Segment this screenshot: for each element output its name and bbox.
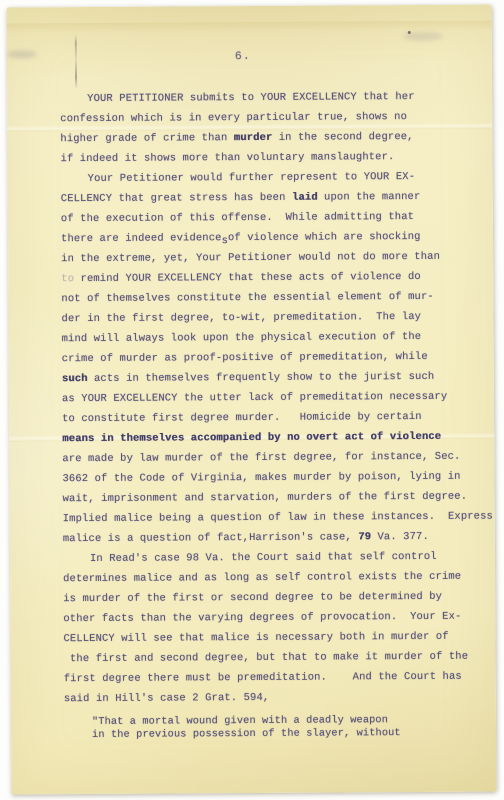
text-line: said in Hill's case 2 Grat. 594,: [64, 687, 476, 710]
text-segment: of the execution of this offense. While …: [61, 211, 414, 225]
text-line: means in themselves accompanied by no ov…: [62, 427, 474, 450]
text-segment: s: [222, 235, 228, 247]
text-segment: means in themselves accompanied by no ov…: [62, 431, 441, 445]
text-segment: 3662 of the Code of Virginia, makes murd…: [62, 471, 460, 485]
text-segment: as YOUR EXCELLENCY the utter lack of pre…: [62, 391, 447, 405]
text-line: Implied malice being a question of law i…: [63, 507, 475, 530]
text-line: confession which is in every particular …: [60, 107, 472, 130]
text-segment: such: [62, 373, 88, 385]
pencil-mark: [75, 35, 77, 89]
text-line: first degree there must be premeditation…: [64, 667, 476, 690]
text-line: crime of murder as proof-positive of pre…: [62, 347, 474, 370]
quote-line: in the previous possession of the slayer…: [64, 726, 476, 741]
text-line: if indeed it shows more than voluntary m…: [60, 147, 472, 170]
page-number: 6.: [235, 50, 251, 63]
text-line: there are indeed evidencesof violence wh…: [61, 227, 473, 250]
text-segment: not of themselves constitute the essenti…: [61, 291, 433, 305]
text-line: higher grade of crime than murder in the…: [60, 127, 472, 150]
text-segment: malice is a question of fact,Harrison's …: [63, 531, 358, 545]
text-segment: confession which is in every particular …: [60, 111, 407, 125]
text-segment: first degree there must be premeditation…: [64, 671, 462, 685]
text-segment: YOUR PETITIONER submits to YOUR EXCELLEN…: [87, 91, 415, 105]
text-line: of the execution of this offense. While …: [61, 207, 473, 230]
text-line: CELLENCY that great stress has been laid…: [61, 187, 473, 210]
ink-dot: [408, 31, 411, 34]
text-line: as YOUR EXCELLENCY the utter lack of pre…: [62, 387, 474, 410]
document-page: 6. YOUR PETITIONER submits to YOUR EXCEL…: [7, 5, 497, 795]
text-segment: crime of murder as proof-positive of pre…: [62, 351, 428, 365]
text-segment: in the previous possession of the slayer…: [92, 727, 401, 741]
text-segment: "That a mortal wound given with a deadly…: [92, 714, 388, 728]
text-segment: CELLENCY will see that malice is necessa…: [63, 631, 448, 645]
text-segment: In Read's case 98 Va. the Court said tha…: [90, 551, 437, 565]
text-line: mind will always look upon the physical …: [62, 327, 474, 350]
text-line: are made by law murder of the first degr…: [62, 447, 474, 470]
text-segment: wait, imprisonment and starvation, murde…: [63, 491, 468, 505]
text-line: to remind YOUR EXCELLENCY that these act…: [61, 267, 473, 290]
text-line: such acts in themselves frequently show …: [62, 367, 474, 390]
scan-background: 6. YOUR PETITIONER submits to YOUR EXCEL…: [0, 0, 504, 800]
text-segment: said in Hill's case 2 Grat. 594,: [64, 692, 270, 705]
text-line: der in the first degree, to-wit, premedi…: [61, 307, 473, 330]
text-segment: 79: [358, 531, 371, 543]
text-block: YOUR PETITIONER submits to YOUR EXCELLEN…: [60, 87, 476, 742]
text-line: is murder of the first or second degree …: [63, 587, 475, 610]
text-line: Your Petitioner would further represent …: [61, 167, 473, 190]
text-segment: Your Petitioner would further represent …: [88, 171, 416, 185]
text-segment: of violence which are shocking: [228, 231, 421, 244]
text-segment: is murder of the first or second degree …: [63, 591, 442, 605]
text-segment: to: [61, 273, 80, 285]
text-line: YOUR PETITIONER submits to YOUR EXCELLEN…: [60, 87, 472, 110]
text-line: determines malice and as long as self co…: [63, 567, 475, 590]
text-segment: laid: [292, 192, 318, 204]
text-segment: mind will always look upon the physical …: [62, 331, 422, 345]
text-line: to constitute first degree murder. Homic…: [62, 407, 474, 430]
text-segment: to constitute first degree murder. Homic…: [62, 411, 422, 425]
text-segment: murder: [234, 132, 273, 144]
text-line: wait, imprisonment and starvation, murde…: [63, 487, 475, 510]
text-line: In Read's case 98 Va. the Court said tha…: [63, 547, 475, 570]
text-line: malice is a question of fact,Harrison's …: [63, 527, 475, 550]
ink-smudge: [7, 50, 37, 58]
text-line: not of themselves constitute the essenti…: [61, 287, 473, 310]
text-segment: the first and second degree, but that to…: [64, 651, 469, 665]
text-line: the first and second degree, but that to…: [64, 647, 476, 670]
text-segment: upon the manner: [318, 191, 421, 204]
text-segment: if indeed it shows more than voluntary m…: [60, 151, 394, 165]
text-segment: acts in themselves frequently show to th…: [88, 371, 435, 385]
text-segment: der in the first degree, to-wit, premedi…: [61, 311, 421, 325]
text-segment: remind YOUR EXCELLENCY that these acts o…: [80, 271, 420, 285]
text-segment: higher grade of crime than: [60, 132, 233, 145]
text-segment: there are indeed evidence: [61, 232, 222, 245]
text-line: in the extreme, yet, Your Petitioner wou…: [61, 247, 473, 270]
text-segment: Va. 377.: [371, 531, 429, 543]
text-segment: Implied malice being a question of law i…: [63, 511, 493, 526]
text-line: 3662 of the Code of Virginia, makes murd…: [62, 467, 474, 490]
text-segment: CELLENCY that great stress has been: [61, 192, 292, 205]
text-segment: determines malice and as long as self co…: [63, 571, 461, 585]
text-line: CELLENCY will see that malice is necessa…: [63, 627, 475, 650]
text-segment: in the extreme, yet, Your Petitioner wou…: [61, 251, 440, 265]
text-segment: in the second degree,: [272, 131, 413, 144]
text-segment: other facts than the varying degrees of …: [63, 611, 461, 625]
text-segment: are made by law murder of the first degr…: [62, 451, 460, 465]
text-line: other facts than the varying degrees of …: [63, 607, 475, 630]
